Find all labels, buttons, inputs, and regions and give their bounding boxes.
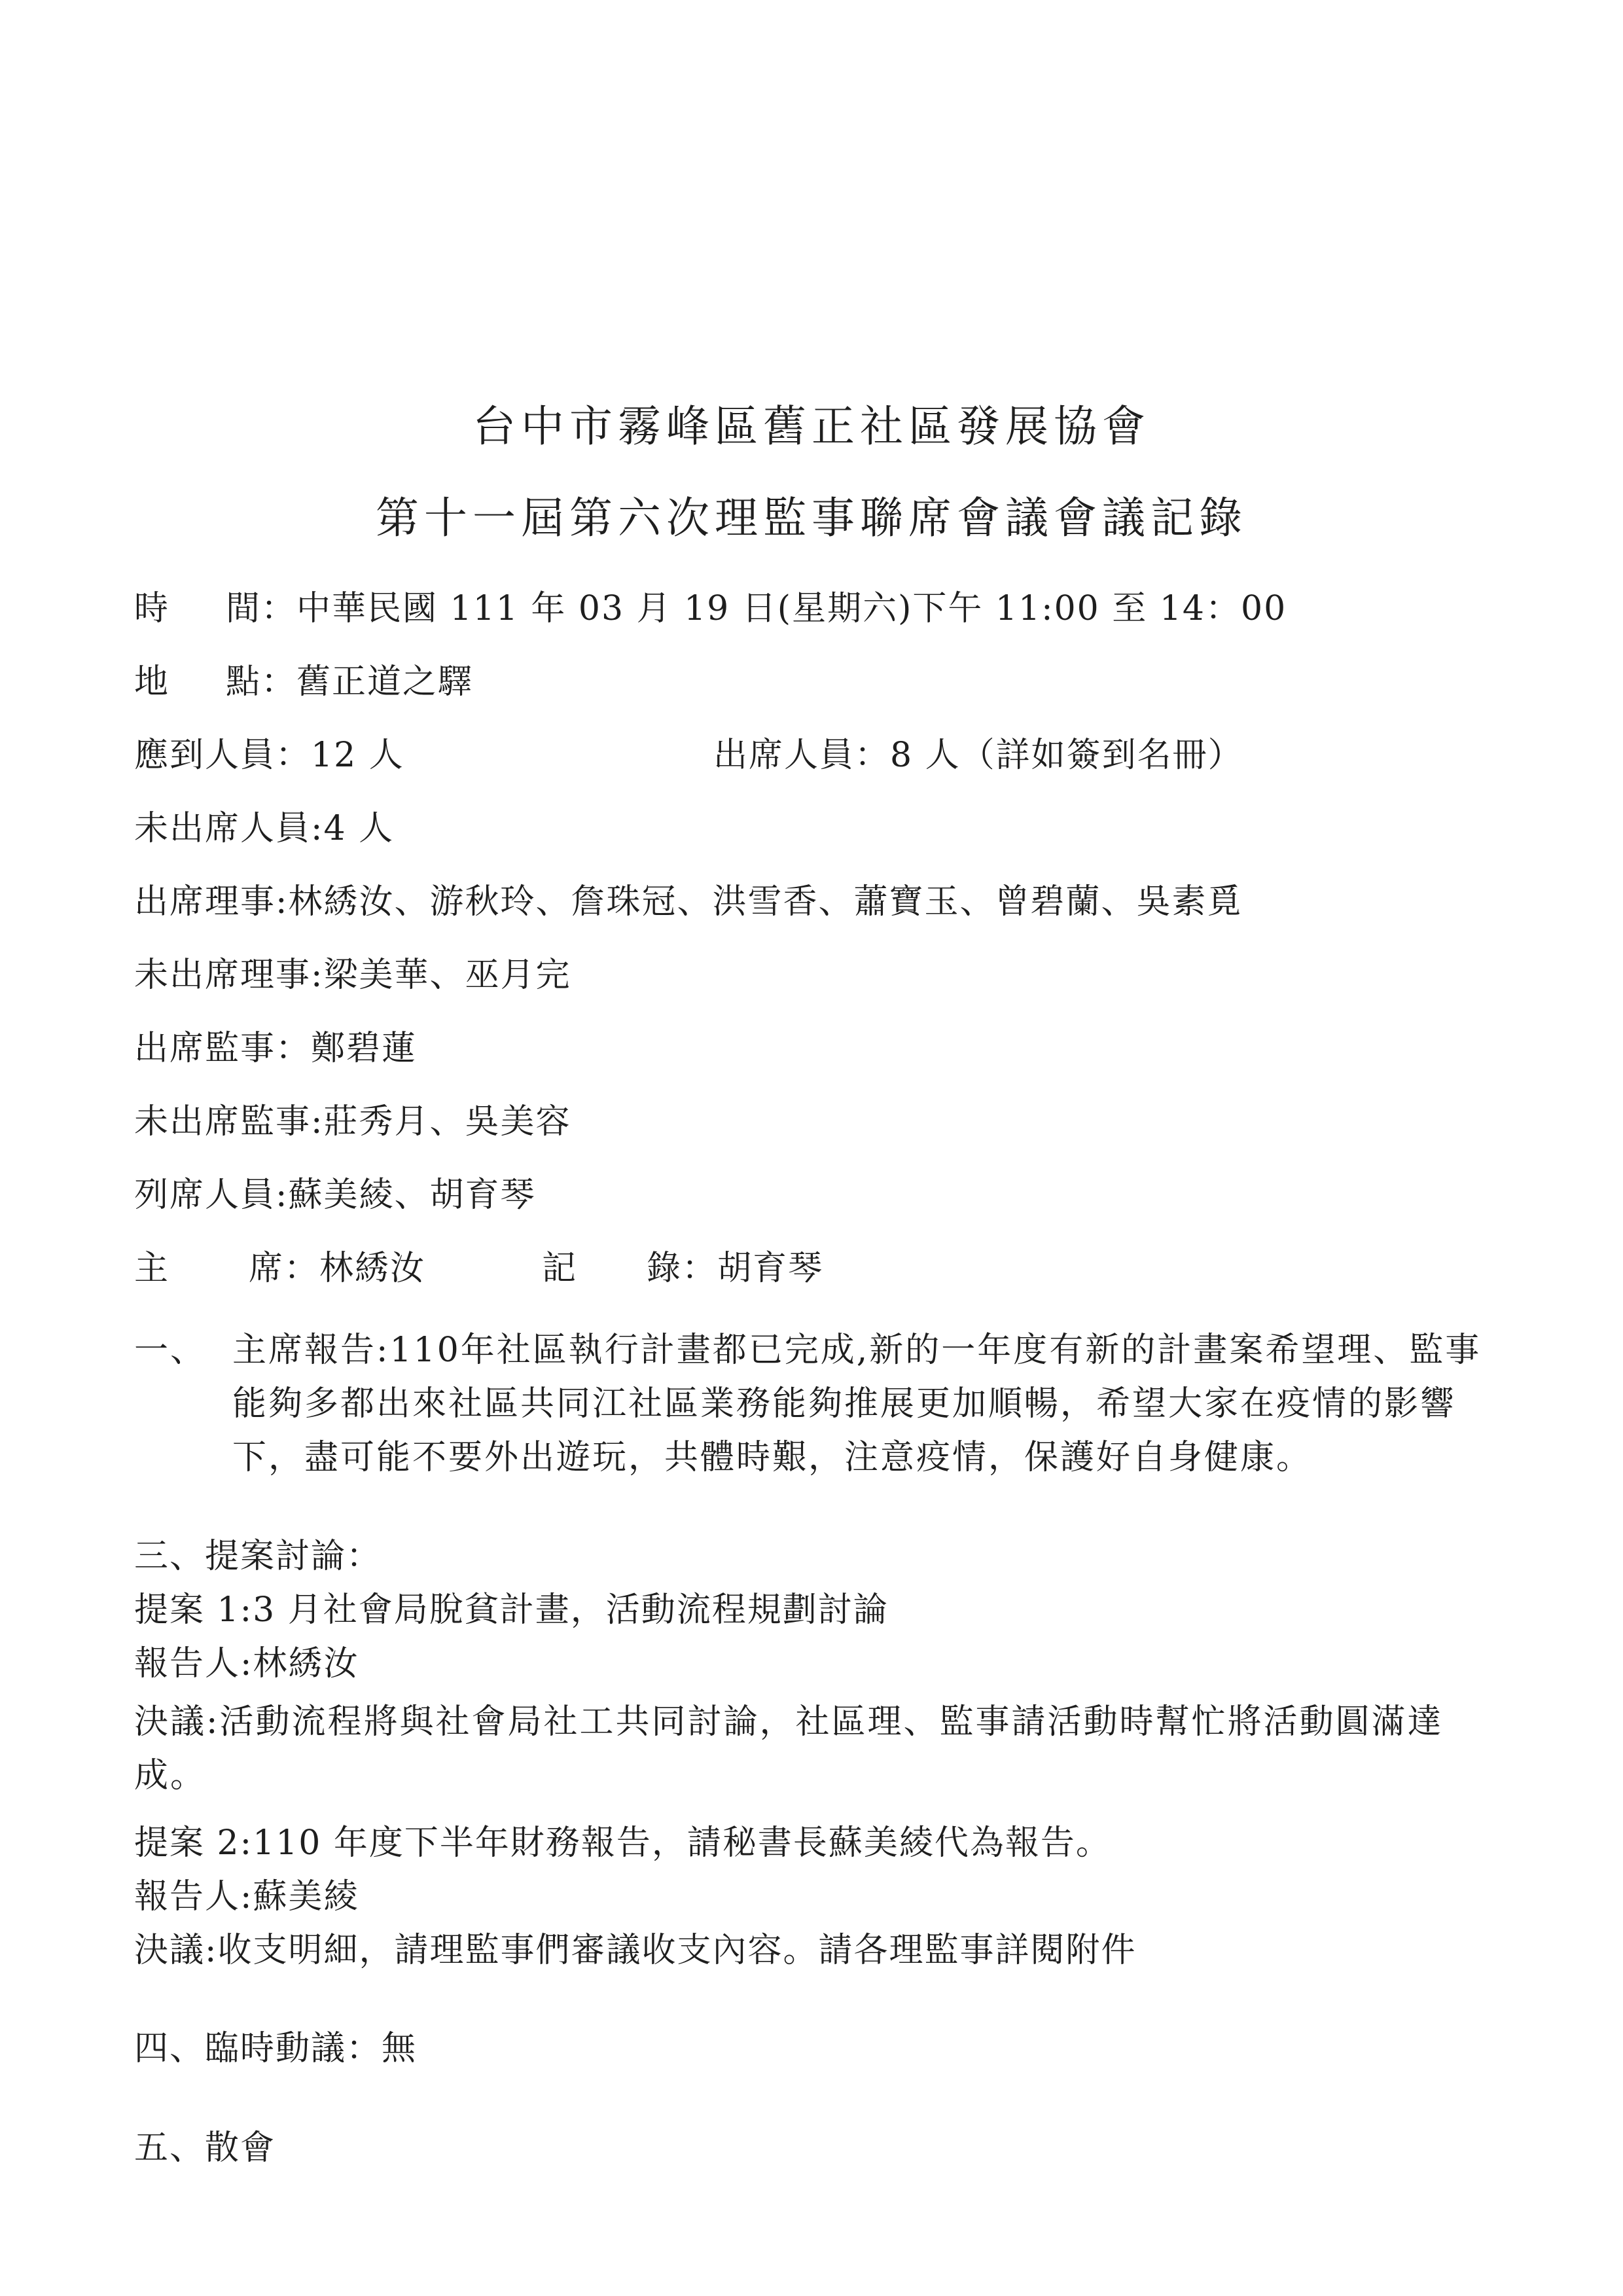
recorder-name: 胡育琴 bbox=[717, 1249, 823, 1288]
section-1-text: 主席報告:110年社區執行計畫都已完成,新的一年度有新的計畫案希望理、監事能夠多… bbox=[232, 1323, 1508, 1484]
time-label-b: 間 bbox=[226, 589, 261, 628]
meeting-minutes-page: 台中市霧峰區舊正社區發展協會 第十一屆第六次理監事聯席會議會議記錄 時間：中華民… bbox=[0, 0, 1623, 2296]
place-colon: ： bbox=[261, 662, 296, 702]
chair-label-b: 席 bbox=[249, 1249, 284, 1288]
section-3-heading: 三、提案討論： bbox=[134, 1535, 382, 1577]
meeting-time-value: 中華民國 111 年 03 月 19 日(星期六)下午 11:00 至 14：0… bbox=[296, 589, 1287, 628]
place-label-b: 點 bbox=[226, 662, 261, 702]
meeting-time-row: 時間：中華民國 111 年 03 月 19 日(星期六)下午 11:00 至 1… bbox=[134, 588, 1287, 630]
proposal-2-resolution: 決議:收支明細，請理監事們審議收支內容。請各理監事詳閱附件 bbox=[134, 1929, 1137, 1971]
chair-recorder-row: 主席：林綉汝記錄：胡育琴 bbox=[134, 1247, 823, 1289]
document-title-meeting: 第十一屆第六次理監事聯席會議會議記錄 bbox=[0, 492, 1623, 545]
absent-directors: 未出席理事:梁美華、巫月完 bbox=[134, 954, 571, 996]
proposal-2-title: 提案 2:110 年度下半年財務報告，請秘書長蘇美綾代為報告。 bbox=[134, 1822, 1111, 1864]
section-4-extempore-motions: 四、臨時動議：無 bbox=[134, 2028, 417, 2070]
proposal-1-resolution: 決議:活動流程將與社會局社工共同討論，社區理、監事請活動時幫忙將活動圓滿達成。 bbox=[134, 1695, 1476, 1803]
proposal-1-reporter: 報告人:林綉汝 bbox=[134, 1643, 359, 1685]
meeting-place-value: 舊正道之驛 bbox=[296, 662, 473, 702]
non-voting-attendees: 列席人員:蘇美綾、胡育琴 bbox=[134, 1174, 536, 1216]
meeting-place-row: 地點：舊正道之驛 bbox=[134, 661, 473, 703]
place-label-a: 地 bbox=[134, 661, 226, 703]
expected-attendance: 應到人員：12 人 bbox=[134, 734, 404, 776]
proposal-1-title: 提案 1:3 月社會局脫貧計畫，活動流程規劃討論 bbox=[134, 1589, 889, 1631]
chair-colon: ： bbox=[284, 1249, 319, 1288]
time-label-a: 時 bbox=[134, 588, 226, 630]
section-1-number: 一、 bbox=[134, 1323, 206, 1377]
time-colon: ： bbox=[261, 589, 296, 628]
present-directors: 出席理事:林綉汝、游秋玲、詹珠冠、洪雪香、蕭寶玉、曾碧蘭、吳素覓 bbox=[134, 881, 1243, 923]
document-title-organization: 台中市霧峰區舊正社區發展協會 bbox=[0, 401, 1623, 453]
recorder-label-a: 記 bbox=[542, 1247, 647, 1289]
proposal-2-reporter: 報告人:蘇美綾 bbox=[134, 1876, 359, 1918]
section-1-chair-report: 一、 主席報告:110年社區執行計畫都已完成,新的一年度有新的計畫案希望理、監事… bbox=[134, 1323, 1508, 1484]
chair-label-a: 主 bbox=[134, 1247, 249, 1289]
chair-name: 林綉汝 bbox=[319, 1247, 542, 1289]
recorder-colon: ： bbox=[682, 1249, 717, 1288]
present-supervisors: 出席監事：鄭碧蓮 bbox=[134, 1028, 417, 1069]
recorder-label-b: 錄 bbox=[647, 1249, 682, 1288]
absent-supervisors: 未出席監事:莊秀月、吳美容 bbox=[134, 1101, 571, 1143]
section-5-adjournment: 五、散會 bbox=[134, 2127, 276, 2169]
absent-count: 未出席人員:4 人 bbox=[134, 808, 394, 850]
actual-attendance: 出席人員：8 人（詳如簽到名冊） bbox=[713, 734, 1243, 776]
